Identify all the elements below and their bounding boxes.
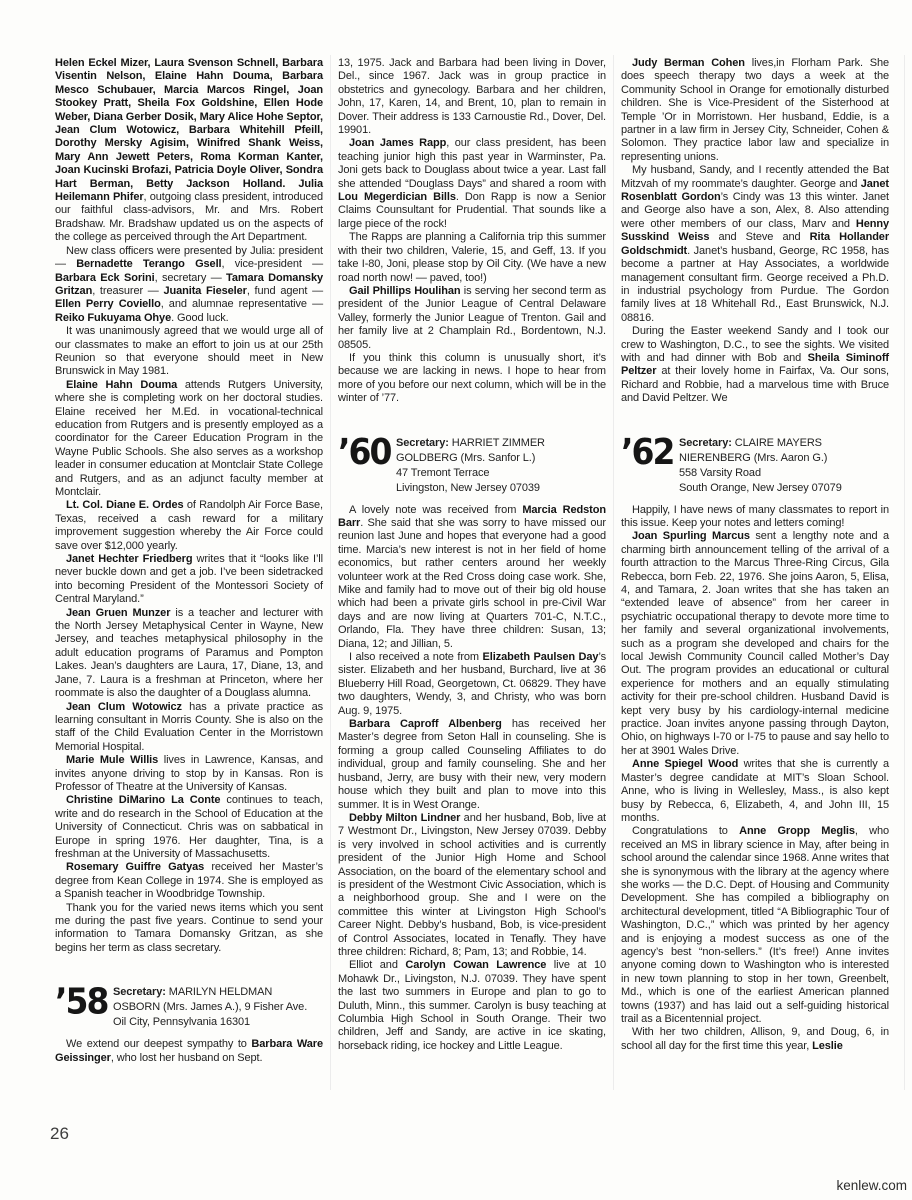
page-number: 26 [50, 1124, 69, 1144]
person-name: Joan James Rapp [349, 137, 446, 149]
person-name: Joan Spurling Marcus [632, 530, 750, 542]
person-name: Leslie [812, 1040, 843, 1052]
paragraph: Elaine Hahn Douma attends Rutgers Univer… [55, 379, 323, 500]
paragraph: Happily, I have news of many classmates … [621, 504, 889, 531]
text-run: has received her Master’s degree from Se… [338, 718, 606, 810]
paragraph: With her two children, Allison, 9, and D… [621, 1026, 889, 1053]
secretary-label: Secretary: [113, 986, 169, 998]
paragraph: 13, 1975. Jack and Barbara had been livi… [338, 57, 606, 137]
paragraph: New class officers were presented by Jul… [55, 245, 323, 325]
person-name: Ellen Perry Coviello [55, 298, 161, 310]
paragraph: I also received a note from Elizabeth Pa… [338, 651, 606, 718]
text-run: A lovely note was received from [349, 504, 522, 516]
person-name: Bernadette Terango Gsell [76, 258, 221, 270]
text-run: , and alumnae representative — [161, 298, 323, 310]
text-run: . Good luck. [171, 312, 229, 324]
paragraph: Lt. Col. Diane E. Ordes of Randolph Air … [55, 499, 323, 553]
paragraph: My husband, Sandy, and I recently attend… [621, 164, 889, 325]
text-run: , secretary — [155, 272, 226, 284]
paragraph: Christine DiMarino La Conte continues to… [55, 794, 323, 861]
class-year-label: ’60 [338, 433, 396, 498]
person-name: Anne Gropp Meglis [739, 825, 855, 837]
text-run: lives,in Florham Park. She does speech t… [621, 57, 889, 163]
person-name: Elaine Hahn Douma [66, 379, 177, 391]
text-columns: Helen Eckel Mizer, Laura Svenson Schnell… [55, 57, 889, 1065]
paragraph: Rosemary Guiffre Gatyas received her Mas… [55, 861, 323, 901]
text-run: . She said that she was sorry to have mi… [338, 517, 606, 650]
paragraph: Marie Mule Willis lives in Lawrence, Kan… [55, 754, 323, 794]
secretary-line: Livingston, New Jersey 07039 [396, 481, 545, 496]
paragraph: Helen Eckel Mizer, Laura Svenson Schnell… [55, 57, 323, 245]
text-run: , who lost her husband on Sept. [111, 1052, 263, 1064]
person-name: Carolyn Cowan Lawrence [405, 959, 546, 971]
paragraph: It was unanimously agreed that we would … [55, 325, 323, 379]
text-run: sent a lengthy note and a charming birth… [621, 530, 889, 757]
text-run: is a teacher and lecturer with the North… [55, 607, 323, 699]
person-name: Barbara Eck Sorini [55, 272, 155, 284]
text-run: and Steve and [709, 231, 809, 243]
paragraph: Joan James Rapp, our class president, ha… [338, 137, 606, 231]
person-name: Lou Megerdician Bills [338, 191, 456, 203]
paragraph: Elliot and Carolyn Cowan Lawrence live a… [338, 959, 606, 1053]
text-run: live at 10 Mohawk Dr., Livingston, N.J. … [338, 959, 606, 1051]
secretary-info: Secretary: MARILYN HELDMANOSBORN (Mrs. J… [113, 985, 307, 1030]
text-run: Congratulations to [632, 825, 739, 837]
paragraph: We extend our deepest sympathy to Barbar… [55, 1038, 323, 1065]
class-section-header: ’60Secretary: HARRIET ZIMMERGOLDBERG (Mr… [338, 436, 606, 496]
text-run: My husband, Sandy, and I recently attend… [621, 164, 889, 189]
column-1: Helen Eckel Mizer, Laura Svenson Schnell… [55, 57, 323, 1065]
text-run: Thank you for the varied news items whic… [55, 902, 323, 954]
person-name: Janet Hechter Friedberg [66, 553, 192, 565]
secretary-line: 558 Varsity Road [679, 466, 842, 481]
person-name: Rosemary Guiffre Gatyas [66, 861, 204, 873]
person-name: Anne Spiegel Wood [632, 758, 738, 770]
secretary-info: Secretary: HARRIET ZIMMERGOLDBERG (Mrs. … [396, 436, 545, 496]
person-name: Jean Gruen Munzer [66, 607, 170, 619]
paragraph: Jean Gruen Munzer is a teacher and lectu… [55, 607, 323, 701]
paragraph: Gail Phillips Houlihan is serving her se… [338, 285, 606, 352]
secretary-label: Secretary: [679, 437, 735, 449]
text-run: Happily, I have news of many classmates … [621, 504, 889, 529]
secretary-line: GOLDBERG (Mrs. Sanfor L.) [396, 451, 545, 466]
text-run: The Rapps are planning a California trip… [338, 231, 606, 283]
person-name: Debby Milton Lindner [349, 812, 460, 824]
person-name: Elizabeth Paulsen Day [483, 651, 599, 663]
paragraph: Joan Spurling Marcus sent a lengthy note… [621, 530, 889, 758]
person-name: Reiko Fukuyama Ohye [55, 312, 171, 324]
person-name: Judy Berman Cohen [632, 57, 745, 69]
column-3: Judy Berman Cohen lives,in Florham Park.… [621, 57, 889, 1065]
paragraph: Anne Spiegel Wood writes that she is cur… [621, 758, 889, 825]
secretary-line: OSBORN (Mrs. James A.), 9 Fisher Ave. [113, 1000, 307, 1015]
text-run: I also received a note from [349, 651, 483, 663]
paragraph: Thank you for the varied news items whic… [55, 902, 323, 956]
text-run: We extend our deepest sympathy to [66, 1038, 251, 1050]
paragraph: If you think this column is unusually sh… [338, 352, 606, 406]
column-2: 13, 1975. Jack and Barbara had been livi… [338, 57, 606, 1065]
person-name: Jean Clum Wotowicz [66, 701, 182, 713]
person-name: Gail Phillips Houlihan [349, 285, 460, 297]
text-run: It was unanimously agreed that we would … [55, 325, 323, 377]
paragraph: A lovely note was received from Marcia R… [338, 504, 606, 651]
magazine-page: Helen Eckel Mizer, Laura Svenson Schnell… [0, 0, 912, 1200]
text-run: , fund agent — [247, 285, 323, 297]
text-run: and her husband, Bob, live at 7 Westmont… [338, 812, 606, 958]
text-run: , who received an MS in library science … [621, 825, 889, 1025]
class-year-label: ’62 [621, 433, 679, 498]
text-run: , treasurer — [92, 285, 163, 297]
secretary-info: Secretary: CLAIRE MAYERSNIERENBERG (Mrs.… [679, 436, 842, 496]
paragraph: The Rapps are planning a California trip… [338, 231, 606, 285]
secretary-line: South Orange, New Jersey 07079 [679, 481, 842, 496]
paragraph: Judy Berman Cohen lives,in Florham Park.… [621, 57, 889, 164]
secretary-line: Secretary: MARILYN HELDMAN [113, 985, 307, 1000]
paragraph: Jean Clum Wotowicz has a private practic… [55, 701, 323, 755]
person-name: Lt. Col. Diane E. Ordes [66, 499, 184, 511]
class-section-header: ’58Secretary: MARILYN HELDMANOSBORN (Mrs… [55, 985, 323, 1030]
text-run: 13, 1975. Jack and Barbara had been livi… [338, 57, 606, 136]
watermark: kenlew.com [836, 1178, 907, 1193]
text-run: attends Rutgers University, where she is… [55, 379, 323, 498]
text-run: With her two children, Allison, 9, and D… [621, 1026, 889, 1051]
paragraph: Congratulations to Anne Gropp Meglis, wh… [621, 825, 889, 1026]
secretary-line: 47 Tremont Terrace [396, 466, 545, 481]
paragraph: Janet Hechter Friedberg writes that it “… [55, 553, 323, 607]
person-name: Helen Eckel Mizer, Laura Svenson Schnell… [55, 57, 323, 203]
text-run: , vice-president — [222, 258, 324, 270]
secretary-line: Secretary: CLAIRE MAYERS [679, 436, 842, 451]
person-name: Marie Mule Willis [66, 754, 158, 766]
class-section-header: ’62Secretary: CLAIRE MAYERSNIERENBERG (M… [621, 436, 889, 496]
secretary-line: NIERENBERG (Mrs. Aaron G.) [679, 451, 842, 466]
person-name: Christine DiMarino La Conte [66, 794, 220, 806]
paragraph: During the Easter weekend Sandy and I to… [621, 325, 889, 405]
column-divider [904, 55, 905, 1090]
secretary-line: Secretary: HARRIET ZIMMER [396, 436, 545, 451]
person-name: Juanita Fieseler [163, 285, 246, 297]
text-run: If you think this column is unusually sh… [338, 352, 606, 404]
paragraph: Barbara Caproff Albenberg has received h… [338, 718, 606, 812]
person-name: Barbara Caproff Albenberg [349, 718, 502, 730]
class-year-label: ’58 [55, 983, 113, 1032]
text-run: Elliot and [349, 959, 405, 971]
paragraph: Debby Milton Lindner and her husband, Bo… [338, 812, 606, 959]
text-run: at their lovely home in Fairfax, Va. Our… [621, 365, 889, 404]
secretary-label: Secretary: [396, 437, 452, 449]
secretary-line: Oil City, Pennsylvania 16301 [113, 1015, 307, 1030]
